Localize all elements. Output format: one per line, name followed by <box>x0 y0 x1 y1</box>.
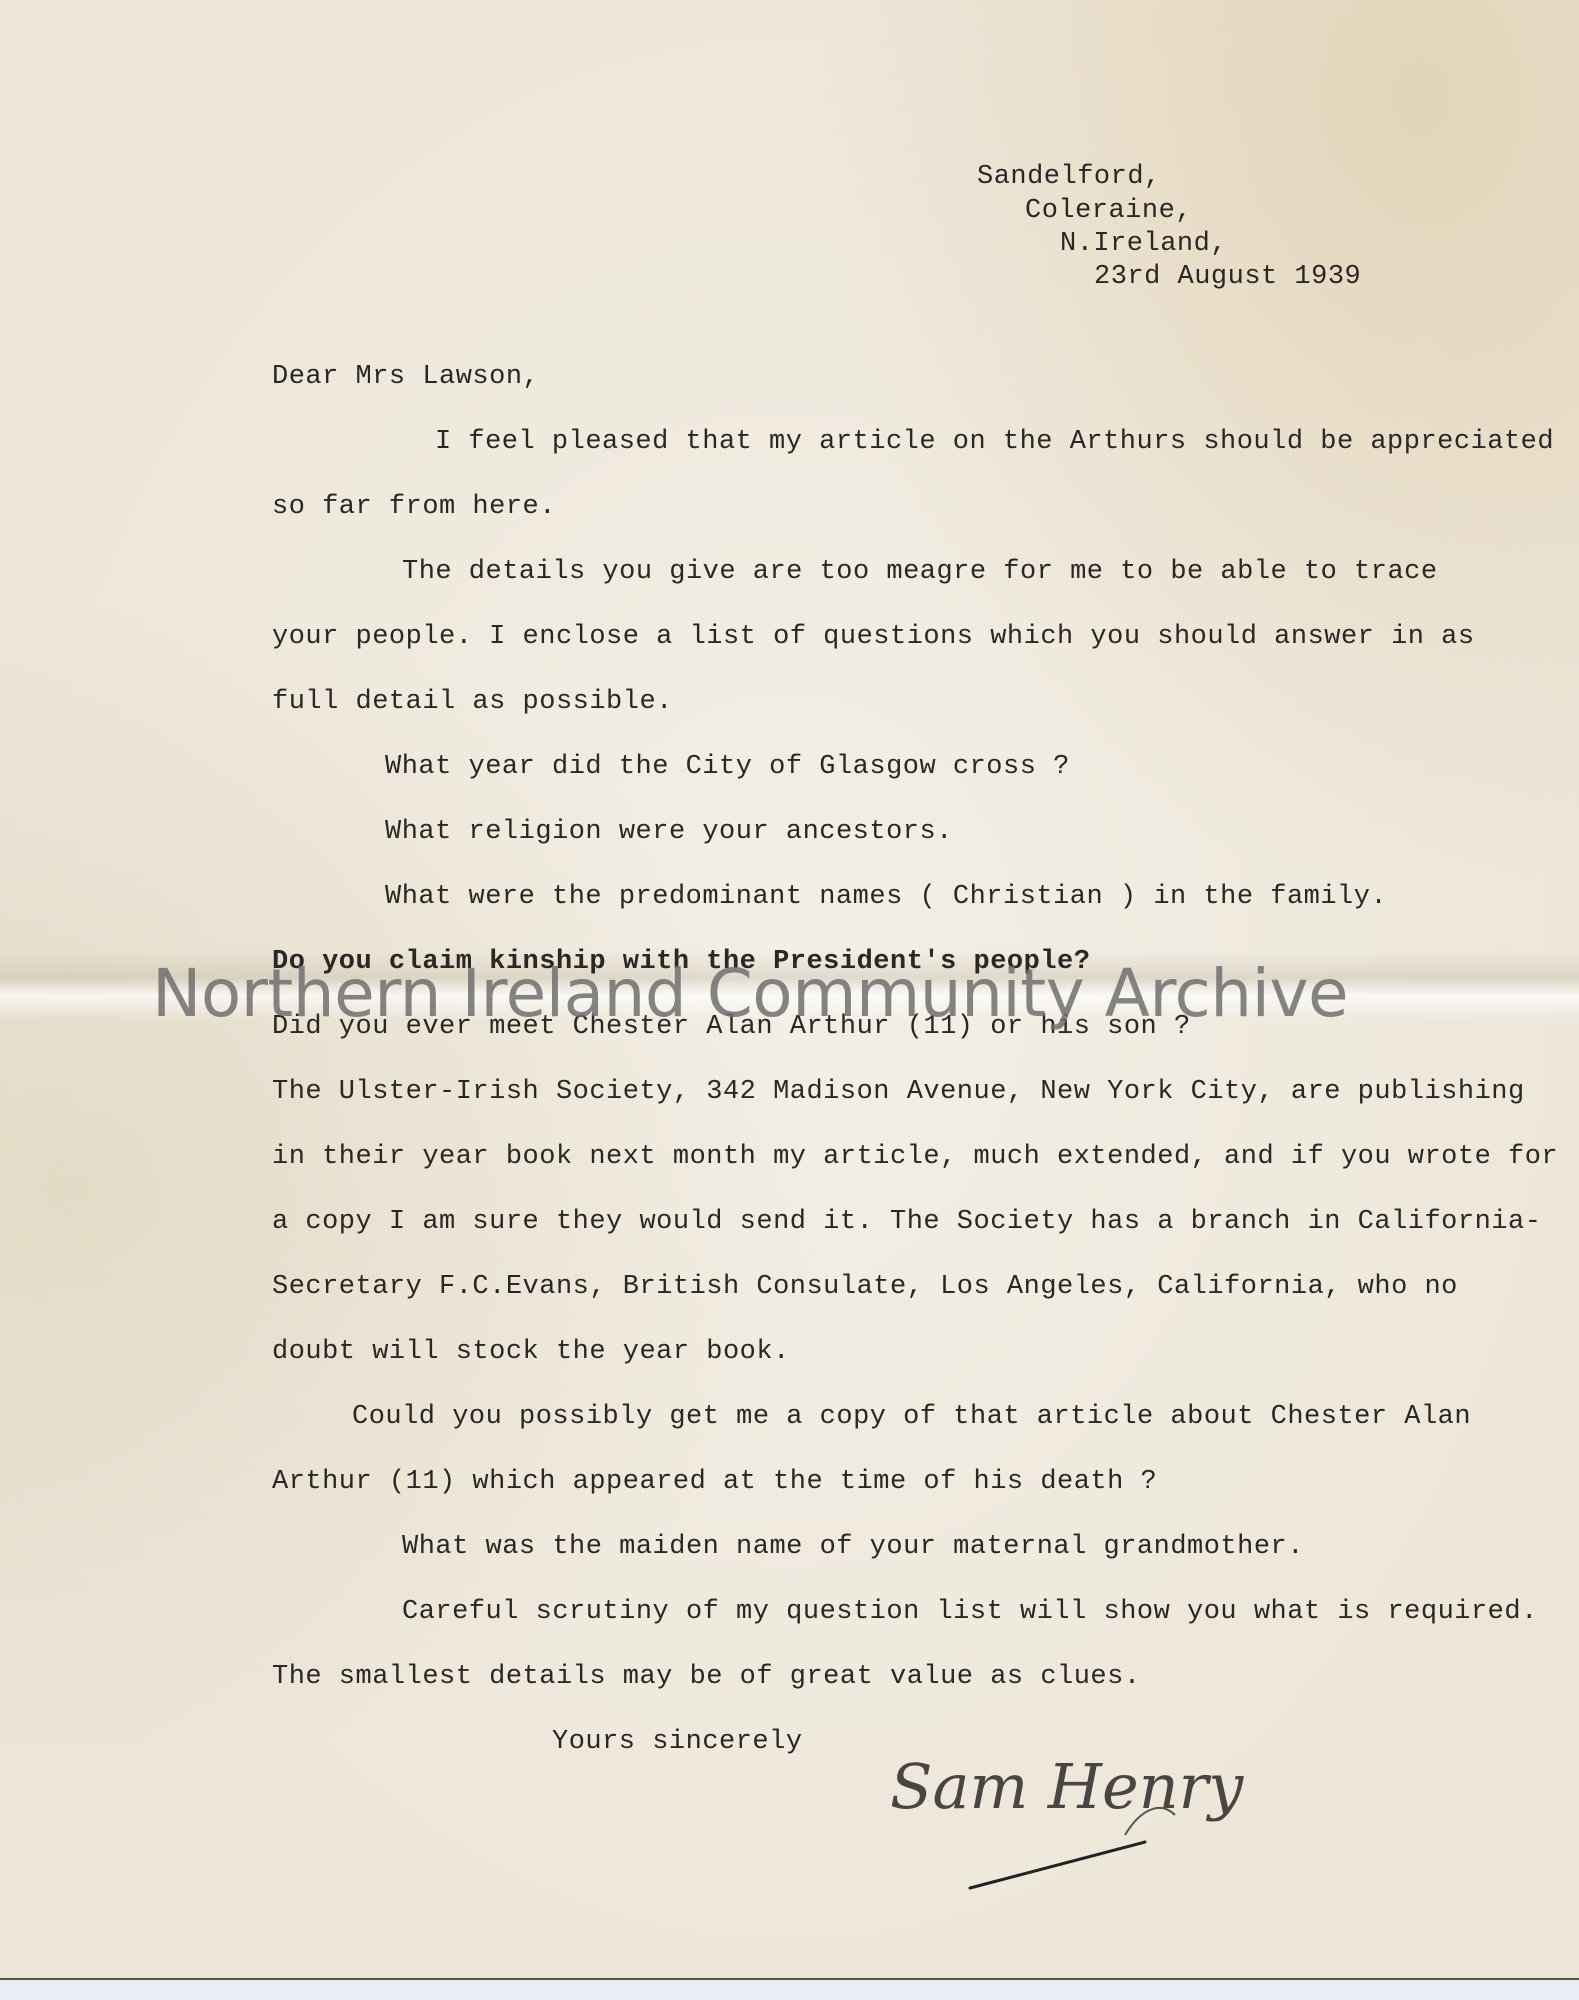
body-line: your people. I enclose a list of questio… <box>272 622 1475 652</box>
address-line-1: Sandelford, <box>977 162 1161 192</box>
body-line: so far from here. <box>272 492 556 522</box>
question-line: What religion were your ancestors. <box>385 817 953 847</box>
letter-date: 23rd August 1939 <box>1094 262 1361 292</box>
body-line: The smallest details may be of great val… <box>272 1662 1141 1692</box>
question-line: What was the maiden name of your materna… <box>402 1532 1304 1562</box>
question-line: What year did the City of Glasgow cross … <box>385 752 1070 782</box>
body-line: doubt will stock the year book. <box>272 1337 790 1367</box>
address-line-2: Coleraine, <box>1025 196 1192 226</box>
question-line: What were the predominant names ( Christ… <box>385 882 1387 912</box>
closing: Yours sincerely <box>552 1727 803 1757</box>
signature: Sam Henry <box>890 1730 1340 1920</box>
body-line: full detail as possible. <box>272 687 673 717</box>
body-line: Could you possibly get me a copy of that… <box>352 1402 1471 1432</box>
body-line: in their year book next month my article… <box>272 1142 1558 1172</box>
body-line: Careful scrutiny of my question list wil… <box>402 1597 1538 1627</box>
address-line-3: N.Ireland, <box>1060 229 1227 259</box>
body-line: I feel pleased that my article on the Ar… <box>435 427 1554 457</box>
body-line: a copy I am sure they would send it. The… <box>272 1207 1541 1237</box>
signature-underline <box>890 1730 1340 1920</box>
letter-page: Sandelford, Coleraine, N.Ireland, 23rd A… <box>0 0 1579 1980</box>
body-line: Secretary F.C.Evans, British Consulate, … <box>272 1272 1458 1302</box>
body-line: The Ulster-Irish Society, 342 Madison Av… <box>272 1077 1525 1107</box>
body-line: Arthur (11) which appeared at the time o… <box>272 1467 1157 1497</box>
archive-watermark: Northern Ireland Community Archive <box>152 955 1348 1032</box>
salutation: Dear Mrs Lawson, <box>272 362 539 392</box>
body-line: The details you give are too meagre for … <box>402 557 1438 587</box>
